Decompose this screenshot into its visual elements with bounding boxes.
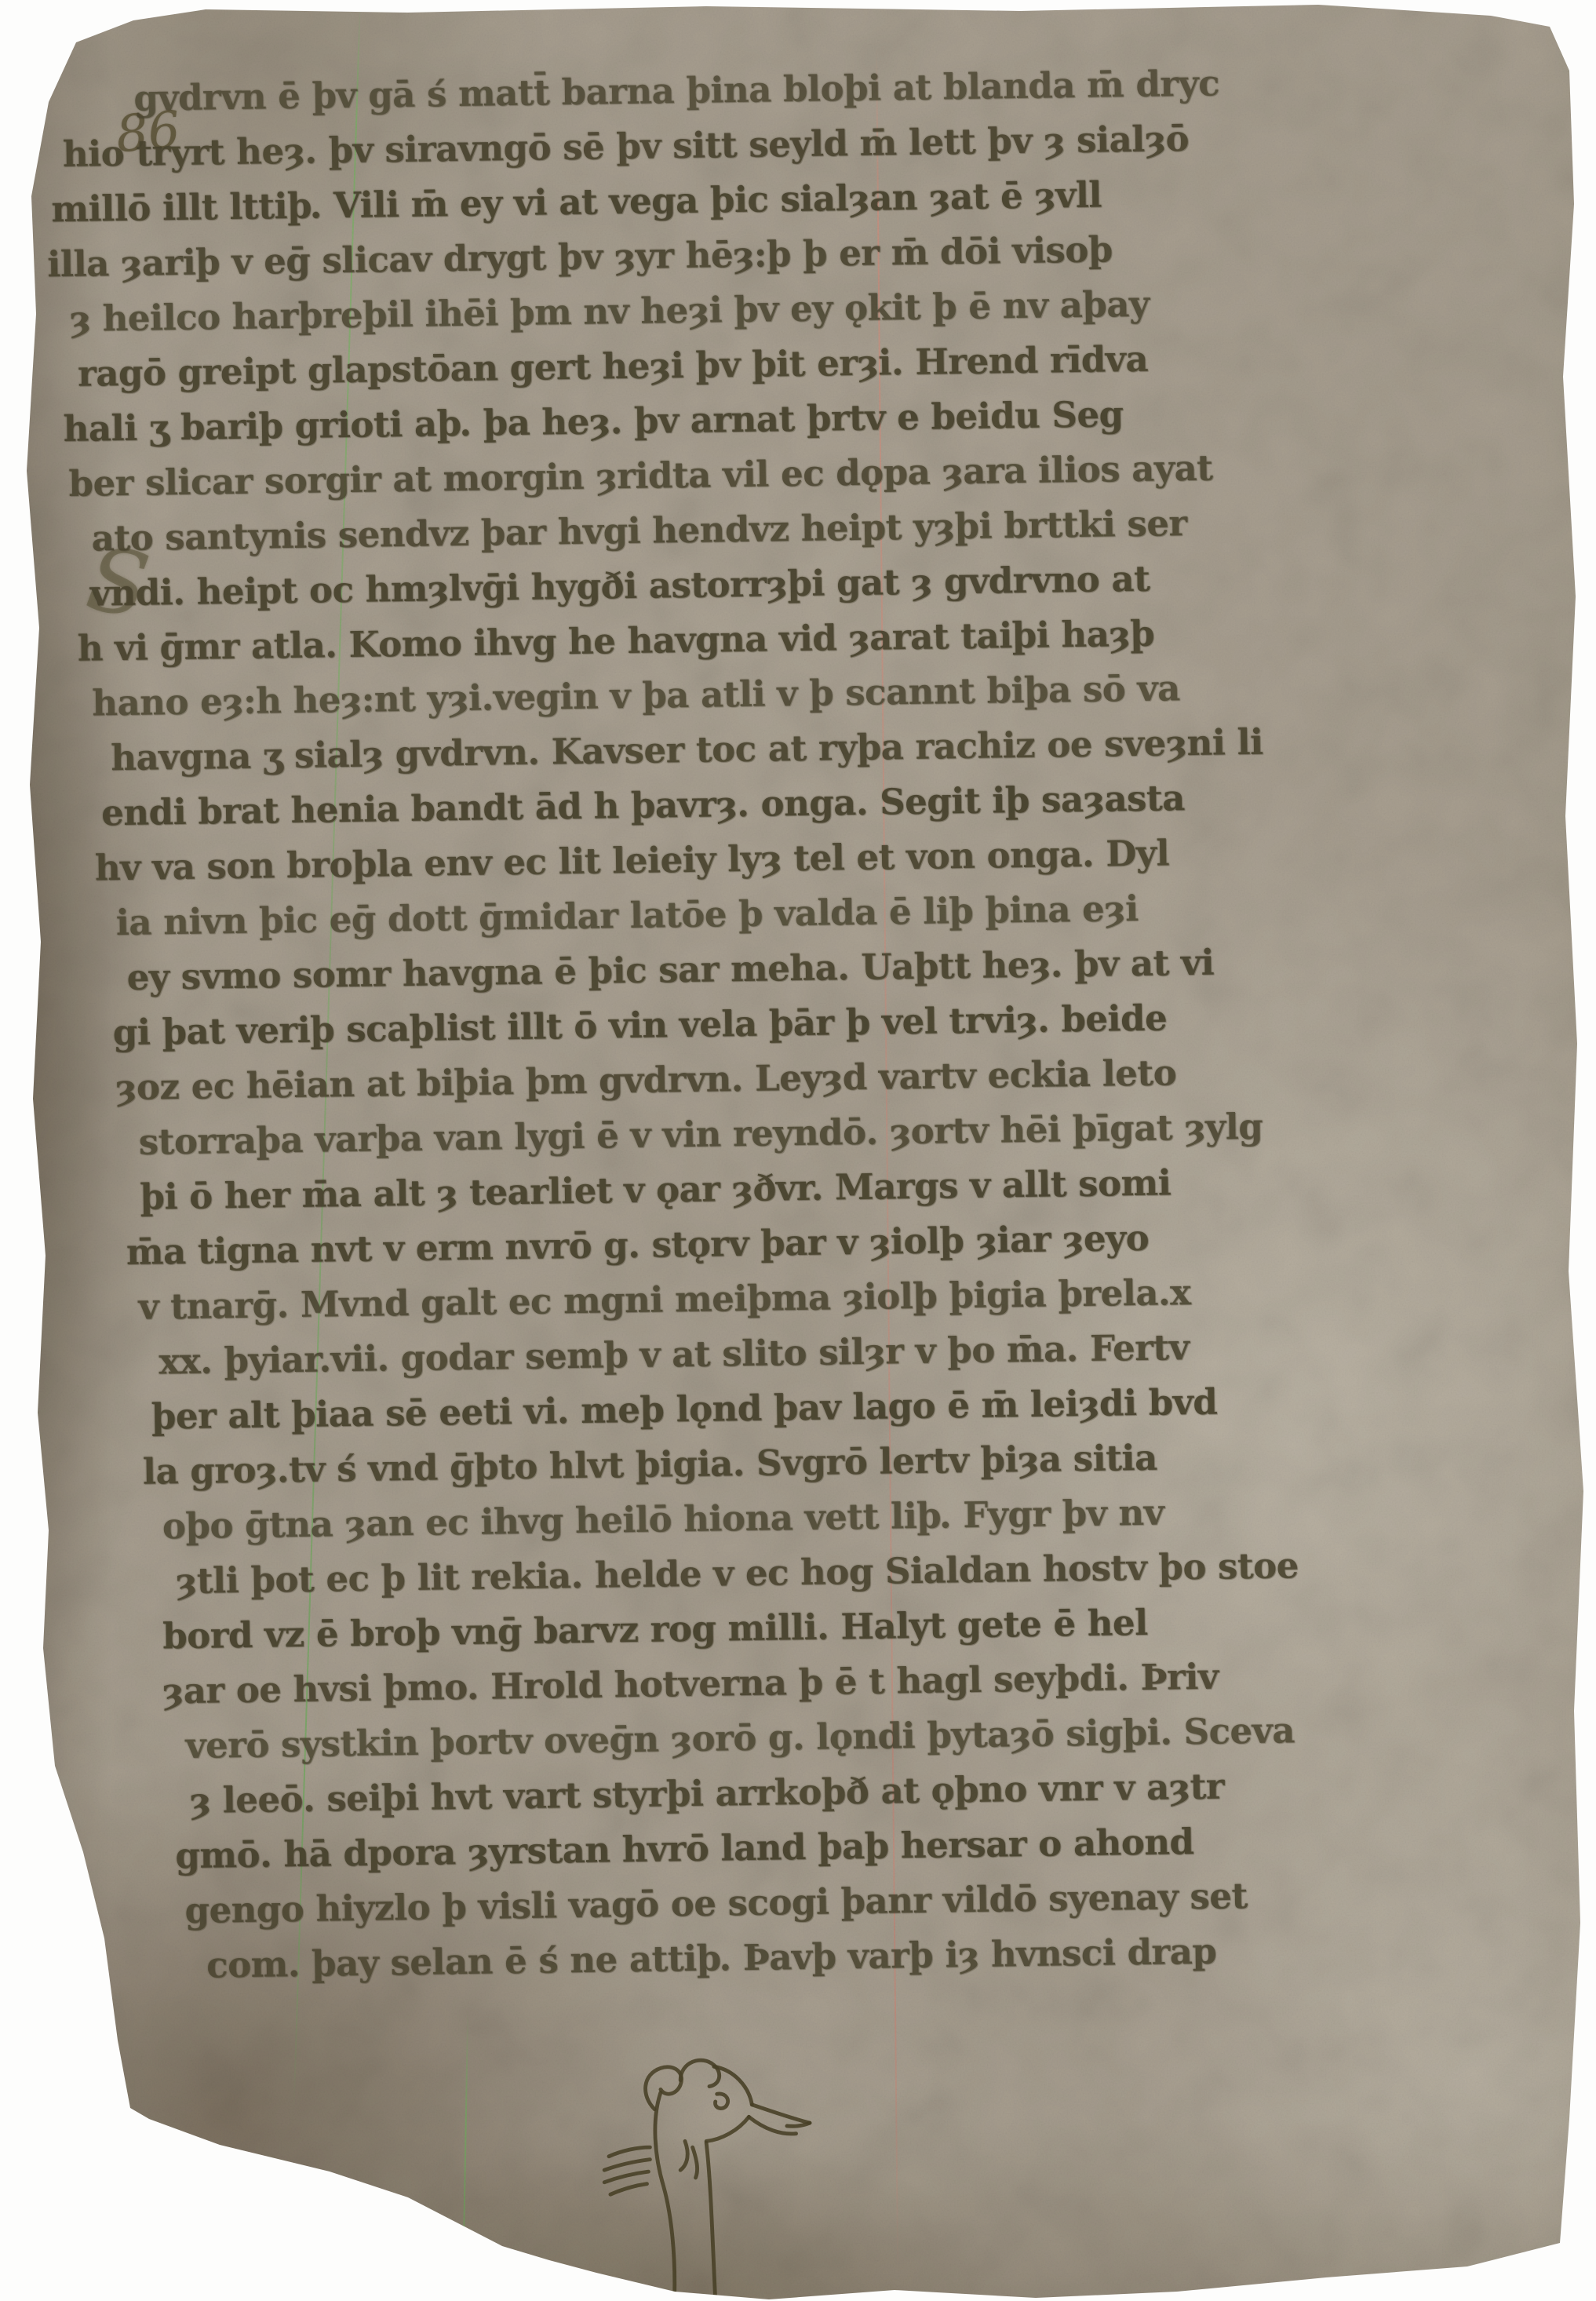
parchment-page: 86 S gvdrvn ē þv gā ś matt̄ barna þina b…: [0, 0, 1596, 2301]
green-fiber-line-lower: [462, 2009, 468, 2301]
dragon-head-doodle: [587, 2050, 832, 2301]
manuscript-text-block: gvdrvn ē þv gā ś matt̄ barna þina bloþi …: [0, 57, 1596, 2002]
scan-background: 86 S gvdrvn ē þv gā ś matt̄ barna þina b…: [0, 0, 1596, 2301]
